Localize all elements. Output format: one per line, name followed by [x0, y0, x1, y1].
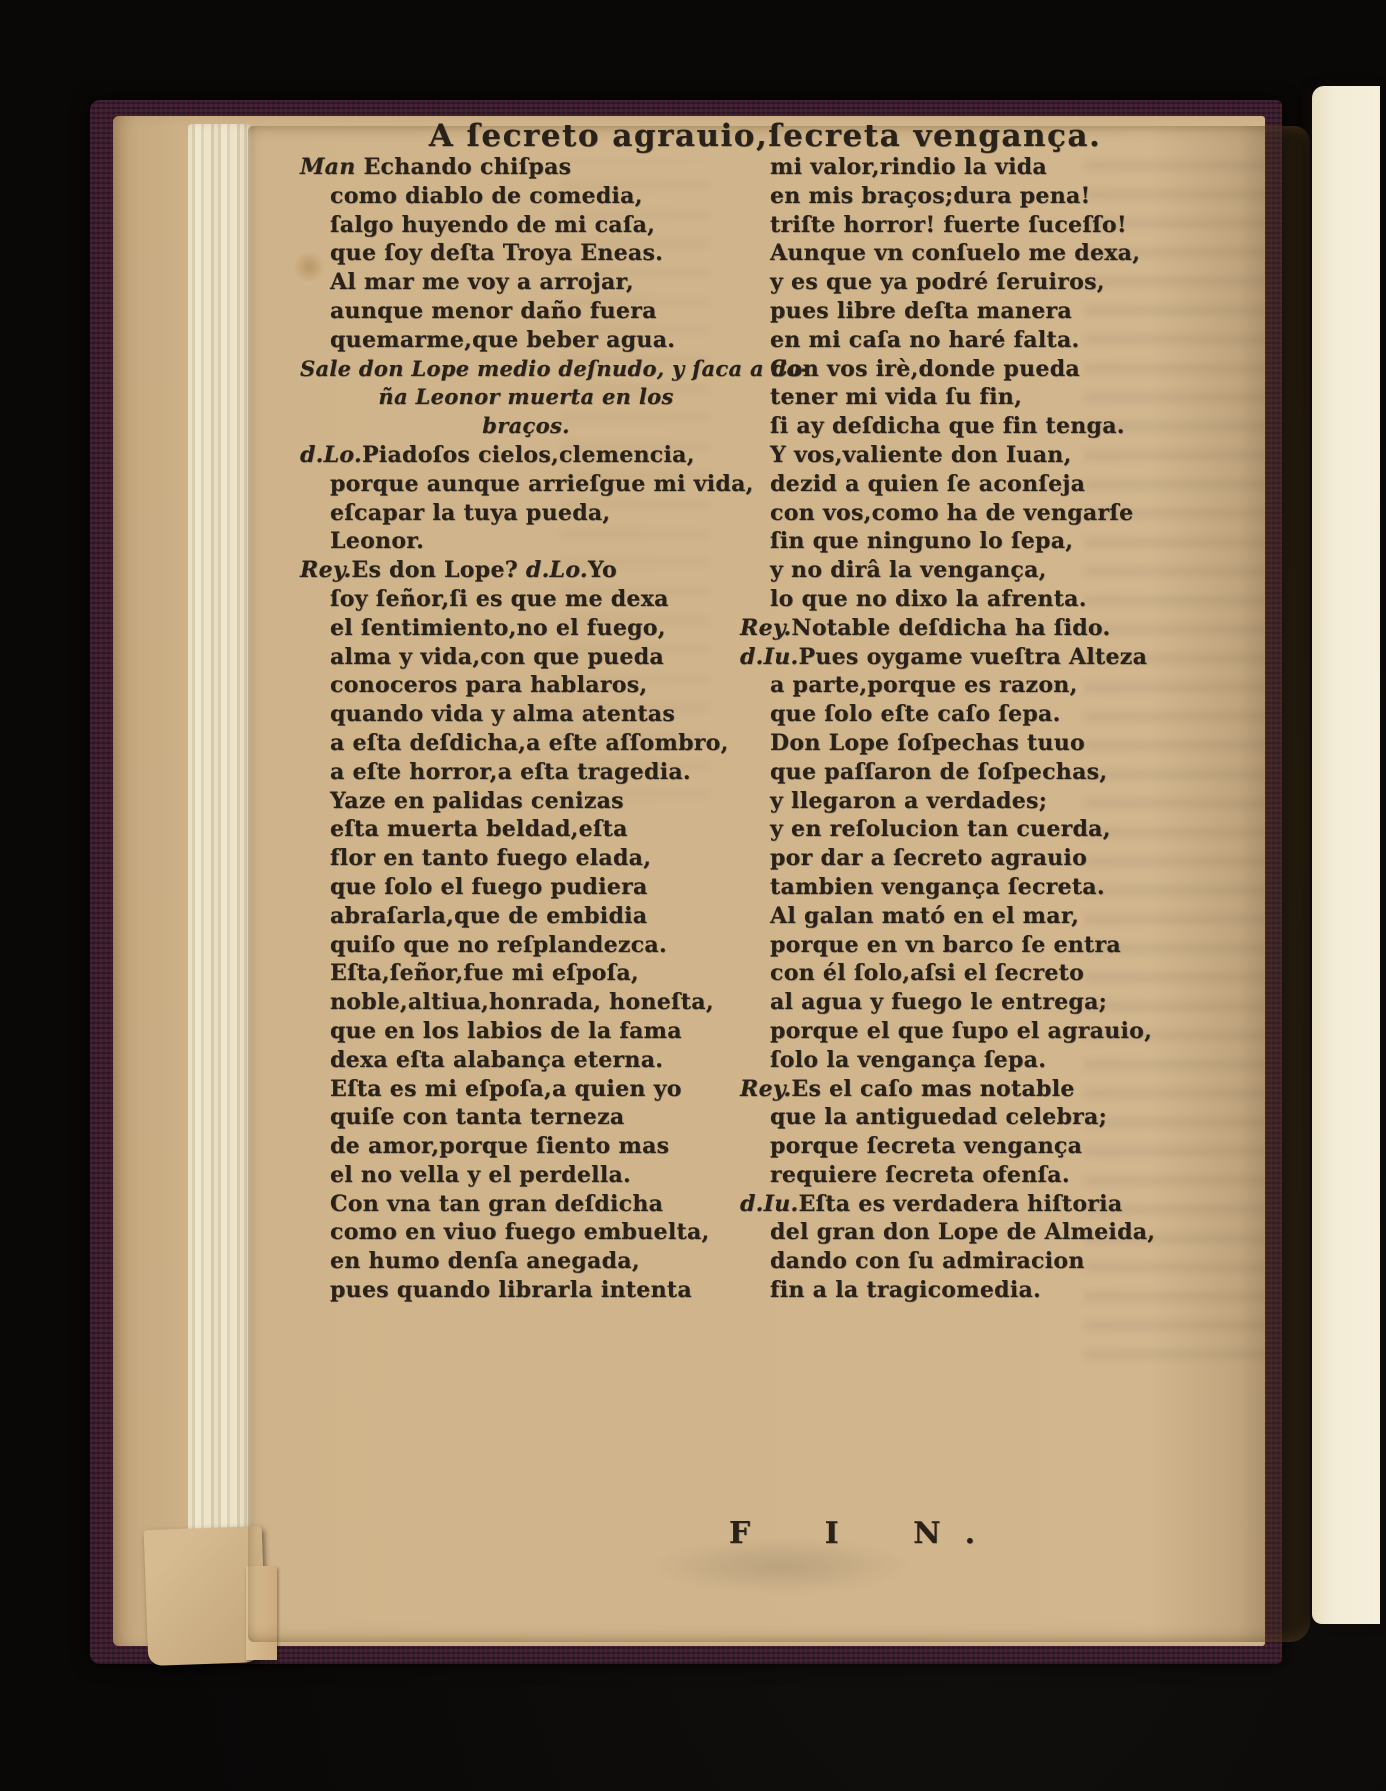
verse-line: como en viuo fuego embuelta, — [300, 1218, 752, 1247]
verse-line: porque en vn barco ſe entra — [740, 931, 1192, 960]
verse-line: quiſo que no reſplandezca. — [300, 931, 752, 960]
verse-line: del gran don Lope de Almeida, — [740, 1218, 1192, 1247]
verse-line: quando vida y alma atentas — [300, 700, 752, 729]
stage-direction-line: Sale don Lope medio deſnudo, y ſaca a do… — [300, 355, 752, 384]
verse-line: dezid a quien ſe aconſeja — [740, 470, 1192, 499]
verse-line: flor en tanto fuego elada, — [300, 844, 752, 873]
verse-line: porque ſecreta vengança — [740, 1132, 1192, 1161]
fin-colophon: F I N. — [650, 1516, 1080, 1551]
verse-line: eſcapar la tuya pueda, — [300, 499, 752, 528]
verse-line: abraſarla,que de embidia — [300, 902, 752, 931]
verse-line: Don Lope ſoſpechas tuuo — [740, 729, 1192, 758]
verse-line: aunque menor daño fuera — [300, 297, 752, 326]
verse-line: quemarme,que beber agua. — [300, 326, 752, 355]
facing-page-edge — [1312, 86, 1380, 1624]
verse-line: Leonor. — [300, 527, 752, 556]
verse-line: tambien vengança ſecreta. — [740, 873, 1192, 902]
verse-line: Rey.Notable deſdicha ha ſido. — [740, 614, 1192, 643]
verse-line: que ſoy deſta Troya Eneas. — [300, 239, 752, 268]
verse-line: de amor,porque ſiento mas — [300, 1132, 752, 1161]
verse-line: y en reſolucion tan cuerda, — [740, 815, 1192, 844]
verse-line: d.Lo.Piadoſos cielos,clemencia, — [300, 441, 752, 470]
verse-line: Eſta,ſeñor,fue mi eſpoſa, — [300, 959, 752, 988]
verse-line: el no vella y el perdella. — [300, 1161, 752, 1190]
verse-line: a eſte horror,a eſta tragedia. — [300, 758, 752, 787]
verse-line: Eſta es mi eſpoſa,a quien yo — [300, 1075, 752, 1104]
verse-line: pues libre deſta manera — [740, 297, 1192, 326]
verse-line: Con vna tan gran deſdicha — [300, 1190, 752, 1219]
verse-line: requiere ſecreta ofenſa. — [740, 1161, 1192, 1190]
verse-line: al agua y fuego le entrega; — [740, 988, 1192, 1017]
verse-line: que ſolo eſte caſo ſepa. — [740, 700, 1192, 729]
verse-line: fin a la tragicomedia. — [740, 1276, 1192, 1305]
verse-line: dexa eſta alabança eterna. — [300, 1046, 752, 1075]
stage-direction-line: braços. — [300, 412, 752, 441]
verse-line: pues quando librarla intenta — [300, 1276, 752, 1305]
verse-line: triſte horror! fuerte ſuceſſo! — [740, 211, 1192, 240]
verse-line: Yaze en palidas cenizas — [300, 787, 752, 816]
column-left: Man Echando chiſpascomo diablo de comedi… — [300, 153, 752, 1305]
verse-line: en humo denſa anegada, — [300, 1247, 752, 1276]
column-right: mi valor,rindio la vidaen mis braços;dur… — [740, 153, 1192, 1305]
verse-line: d.Iu.Pues oygame vueſtra Alteza — [740, 643, 1192, 672]
verse-line: que ſolo el fuego pudiera — [300, 873, 752, 902]
verse-line: con vos,como ha de vengarſe — [740, 499, 1192, 528]
verse-line: Rey.Es don Lope? d.Lo.Yo — [300, 556, 752, 585]
verse-line: ſoy ſeñor,ſi es que me dexa — [300, 585, 752, 614]
verse-line: ſalgo huyendo de mi caſa, — [300, 211, 752, 240]
verse-line: Al mar me voy a arrojar, — [300, 268, 752, 297]
verse-line: con él ſolo,aſsi el ſecreto — [740, 959, 1192, 988]
verse-line: lo que no dixo la afrenta. — [740, 585, 1192, 614]
verse-line: a parte,porque es razon, — [740, 671, 1192, 700]
verse-line: que la antiguedad celebra; — [740, 1103, 1192, 1132]
verse-line: alma y vida,con que pueda — [300, 643, 752, 672]
verse-line: a eſta deſdicha,a eſte aſſombro, — [300, 729, 752, 758]
verse-line: d.Iu.Eſta es verdadera hiſtoria — [740, 1190, 1192, 1219]
verse-line: y es que ya podré ſeruiros, — [740, 268, 1192, 297]
stage-direction-line: ña Leonor muerta en los — [300, 383, 752, 412]
verse-line: ſin que ninguno lo ſepa, — [740, 527, 1192, 556]
verse-line: como diablo de comedia, — [300, 182, 752, 211]
verse-line: tener mi vida ſu fin, — [740, 383, 1192, 412]
verse-line: en mi caſa no haré falta. — [740, 326, 1192, 355]
running-title: A ſecreto agrauio,ſecreta vengança. — [260, 118, 1270, 154]
verse-line: quiſe con tanta terneza — [300, 1103, 752, 1132]
verse-line: Man Echando chiſpas — [300, 153, 752, 182]
verse-line: dando con ſu admiracion — [740, 1247, 1192, 1276]
book-scan-scene: A ſecreto agrauio,ſecreta vengança. Man … — [0, 0, 1386, 1791]
verse-line: y no dirâ la vengança, — [740, 556, 1192, 585]
verse-line: Al galan mató en el mar, — [740, 902, 1192, 931]
verse-line: el ſentimiento,no el fuego, — [300, 614, 752, 643]
verse-line: en mis braços;dura pena! — [740, 182, 1192, 211]
verse-line: ſolo la vengança ſepa. — [740, 1046, 1192, 1075]
verse-line: ſi ay deſdicha que fin tenga. — [740, 412, 1192, 441]
verse-line: Con vos irè,donde pueda — [740, 355, 1192, 384]
verse-line: eſta muerta beldad,eſta — [300, 815, 752, 844]
verse-line: que paſſaron de ſoſpechas, — [740, 758, 1192, 787]
verse-line: Rey.Es el caſo mas notable — [740, 1075, 1192, 1104]
verse-line: mi valor,rindio la vida — [740, 153, 1192, 182]
verse-line: conoceros para hablaros, — [300, 671, 752, 700]
verse-line: porque aunque arrieſgue mi vida, — [300, 470, 752, 499]
page-edge-stack — [188, 124, 252, 1640]
verse-line: porque el que ſupo el agrauio, — [740, 1017, 1192, 1046]
verse-line: y llegaron a verdades; — [740, 787, 1192, 816]
verse-line: por dar a ſecreto agrauio — [740, 844, 1192, 873]
verse-line: Aunque vn conſuelo me dexa, — [740, 239, 1192, 268]
verse-line: noble,altiua,honrada, honeſta, — [300, 988, 752, 1017]
verse-line: que en los labios de la fama — [300, 1017, 752, 1046]
verse-line: Y vos,valiente don Iuan, — [740, 441, 1192, 470]
